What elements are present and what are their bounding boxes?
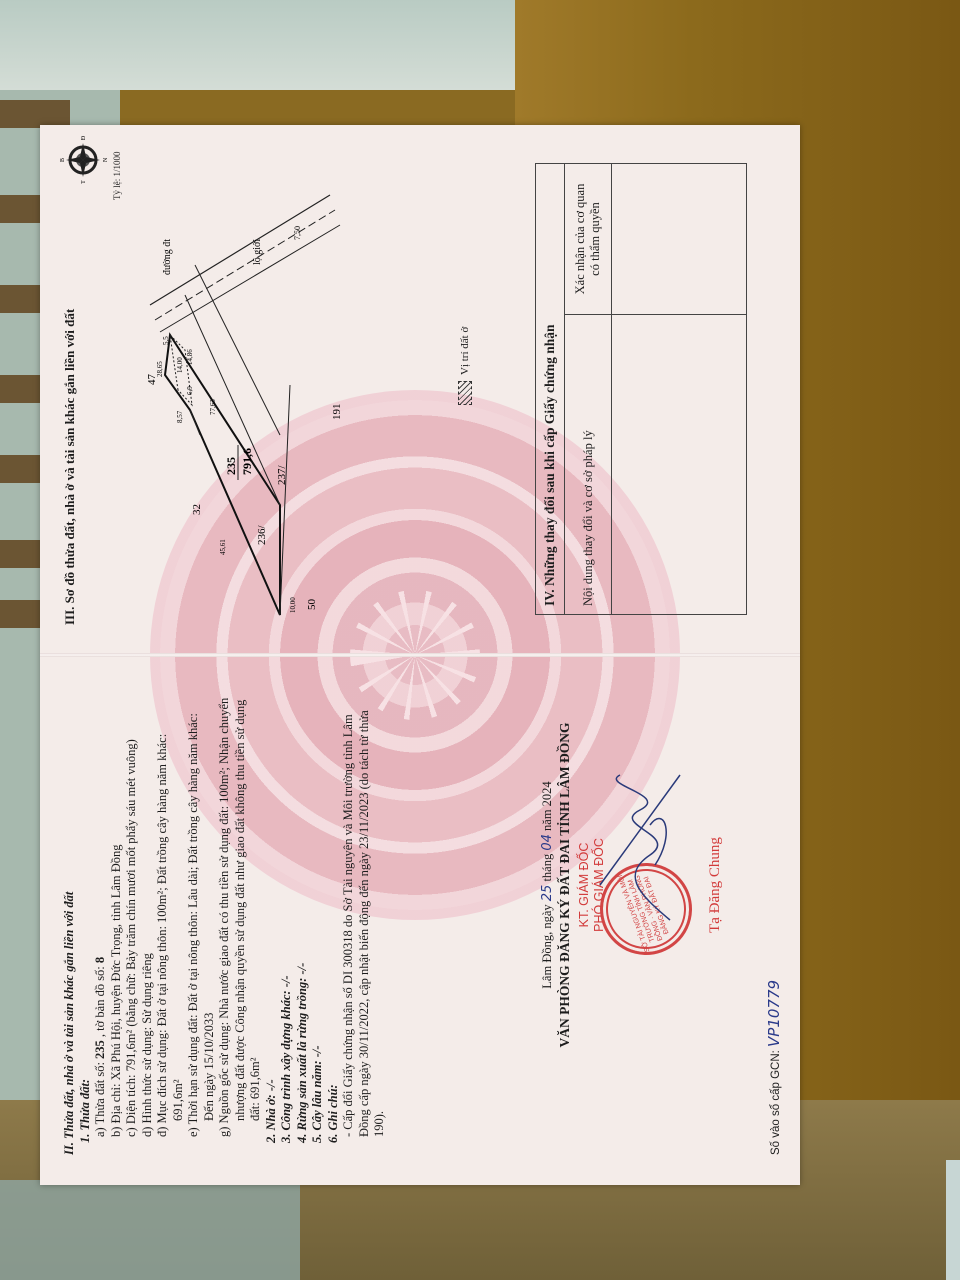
svg-text:791,6: 791,6 <box>240 448 254 475</box>
col-change-content: Nội dung thay đổi và cơ sở pháp lý <box>565 314 611 614</box>
notes-heading: 6. Ghi chú: <box>326 685 342 1155</box>
svg-text:14,86: 14,86 <box>186 349 194 365</box>
legend-label: Vị trí đất ở <box>459 327 471 375</box>
handwritten-signature <box>580 765 690 925</box>
parcel-number-line: a) Thửa đất số: 235 , tờ bản đồ số: 8 <box>93 685 109 1155</box>
background-wall <box>0 0 520 90</box>
background-frame-edge <box>946 1160 960 1280</box>
issue-day: 25 <box>540 885 555 902</box>
svg-text:191: 191 <box>331 404 343 421</box>
note-line-1: - Cấp đổi Giấy chứng nhận số DI 300318 d… <box>341 685 357 1155</box>
svg-text:đường đt: đường đt <box>162 239 173 275</box>
svg-text:N: N <box>103 157 108 162</box>
signature-block: Lâm Đồng, ngày 25 tháng 04 năm 2024 VĂN … <box>540 665 724 1105</box>
svg-text:236/: 236/ <box>256 525 268 546</box>
svg-text:B: B <box>60 158 66 162</box>
svg-text:6,9: 6,9 <box>186 386 194 395</box>
svg-text:45,61: 45,61 <box>219 539 227 555</box>
section-ii-title: II. Thửa đất, nhà ở và tài sản khác gắn … <box>62 685 78 1155</box>
svg-text:8,57: 8,57 <box>176 410 184 423</box>
perennial-trees-item: 5. Cây lâu năm: -/- <box>310 685 326 1155</box>
svg-text:77,63: 77,63 <box>209 399 217 415</box>
map-legend: Vị trí đất ở <box>458 327 472 405</box>
usage-purpose-cont: 691,6m² <box>171 685 187 1155</box>
map-sheet-number: 8 <box>93 957 107 963</box>
svg-text:235: 235 <box>224 457 238 475</box>
change-content-cell <box>612 314 747 614</box>
parcel-heading: 1. Thửa đất: <box>78 685 94 1155</box>
other-construction-item: 3. Công trình xây dựng khác: -/- <box>279 685 295 1155</box>
svg-text:28,65: 28,65 <box>156 361 164 377</box>
col-authority-confirmation: Xác nhận của cơ quan có thẩm quyền <box>565 164 611 314</box>
signer-name: Tạ Đăng Chung <box>707 665 724 1105</box>
registry-number: Số vào sổ cấp GCN: VP10779 <box>765 980 783 1155</box>
changes-table-body <box>612 164 747 614</box>
issue-date: Lâm Đồng, ngày 25 tháng 04 năm 2024 <box>540 665 555 1105</box>
usage-form-line: d) Hình thức sử dụng: Sử dụng riêng <box>140 685 156 1155</box>
svg-text:14,00: 14,00 <box>176 357 184 373</box>
authority-cell <box>612 164 747 314</box>
note-line-3: 190). <box>372 685 388 1155</box>
svg-text:32: 32 <box>191 504 203 515</box>
usage-purpose-line: đ) Mục đích sử dụng: Đất ở tại nông thôn… <box>155 685 171 1155</box>
origin-cont-1: nhượng đất được Công nhận quyền sử dụng … <box>233 685 249 1155</box>
svg-text:lộ giới: lộ giới <box>252 239 263 265</box>
svg-text:Đ: Đ <box>81 135 87 140</box>
left-page: II. Thửa đất, nhà ở và tài sản khác gắn … <box>40 655 800 1185</box>
registry-number-value: VP10779 <box>765 980 783 1047</box>
map-sheet-label: , tờ bản đồ số: <box>93 966 107 1037</box>
background-glass-reflection <box>0 1180 300 1280</box>
svg-text:237/: 237/ <box>276 465 288 486</box>
hatch-swatch-icon <box>458 381 472 405</box>
parcel-number: 235 <box>93 1040 107 1059</box>
parcel-number-label: a) Thửa đất số: <box>93 1062 107 1137</box>
section-iii-title: III. Sơ đồ thửa đất, nhà ở và tài sản kh… <box>62 309 78 625</box>
issuing-office: VĂN PHÒNG ĐĂNG KÝ ĐẤT ĐAI TỈNH LÂM ĐỒNG <box>557 665 573 1105</box>
changes-table: IV. Những thay đổi sau khi cấp Giấy chứn… <box>535 163 747 615</box>
parcel-map: 235 791,6 32 47 50 191 236/ 237/ 45,61 8… <box>130 145 420 635</box>
parcel-info: II. Thửa đất, nhà ở và tài sản khác gắn … <box>62 685 388 1155</box>
svg-text:T: T <box>81 180 87 184</box>
planted-forest-item: 4. Rừng sản xuất là rừng trồng: -/- <box>295 685 311 1155</box>
right-page: III. Sơ đồ thửa đất, nhà ở và tài sản kh… <box>40 125 800 655</box>
changes-table-title: IV. Những thay đổi sau khi cấp Giấy chứn… <box>536 164 565 614</box>
note-line-2: Đồng cấp ngày 30/11/2022, cập nhật biến … <box>357 685 373 1155</box>
usage-term-cont: Đến ngày 15/10/2033 <box>202 685 218 1155</box>
area-line: c) Diện tích: 791,6m² (bằng chữ: Bảy tră… <box>124 685 140 1155</box>
changes-table-header: Nội dung thay đổi và cơ sở pháp lý Xác n… <box>565 164 612 614</box>
house-item: 2. Nhà ở: -/- <box>264 685 280 1155</box>
compass-rose-icon: B N T Đ <box>58 135 108 185</box>
svg-text:5,5: 5,5 <box>162 336 170 345</box>
map-scale: Tỷ lệ: 1/1000 <box>112 152 122 201</box>
origin-line: g) Nguồn gốc sử dụng: Nhà nước giao đất … <box>217 685 233 1155</box>
address-line: b) Địa chỉ: Xã Phú Hội, huyện Đức Trọng,… <box>109 685 125 1155</box>
usage-term-line: e) Thời hạn sử dụng đất: Đất ở tại nông … <box>186 685 202 1155</box>
land-certificate: II. Thửa đất, nhà ở và tài sản khác gắn … <box>40 125 800 1185</box>
origin-cont-2: đất: 691,6m² <box>248 685 264 1155</box>
svg-text:50: 50 <box>306 599 318 611</box>
issue-month: 04 <box>540 834 555 851</box>
svg-text:10,00: 10,00 <box>289 597 297 613</box>
svg-text:7,50: 7,50 <box>293 226 302 240</box>
